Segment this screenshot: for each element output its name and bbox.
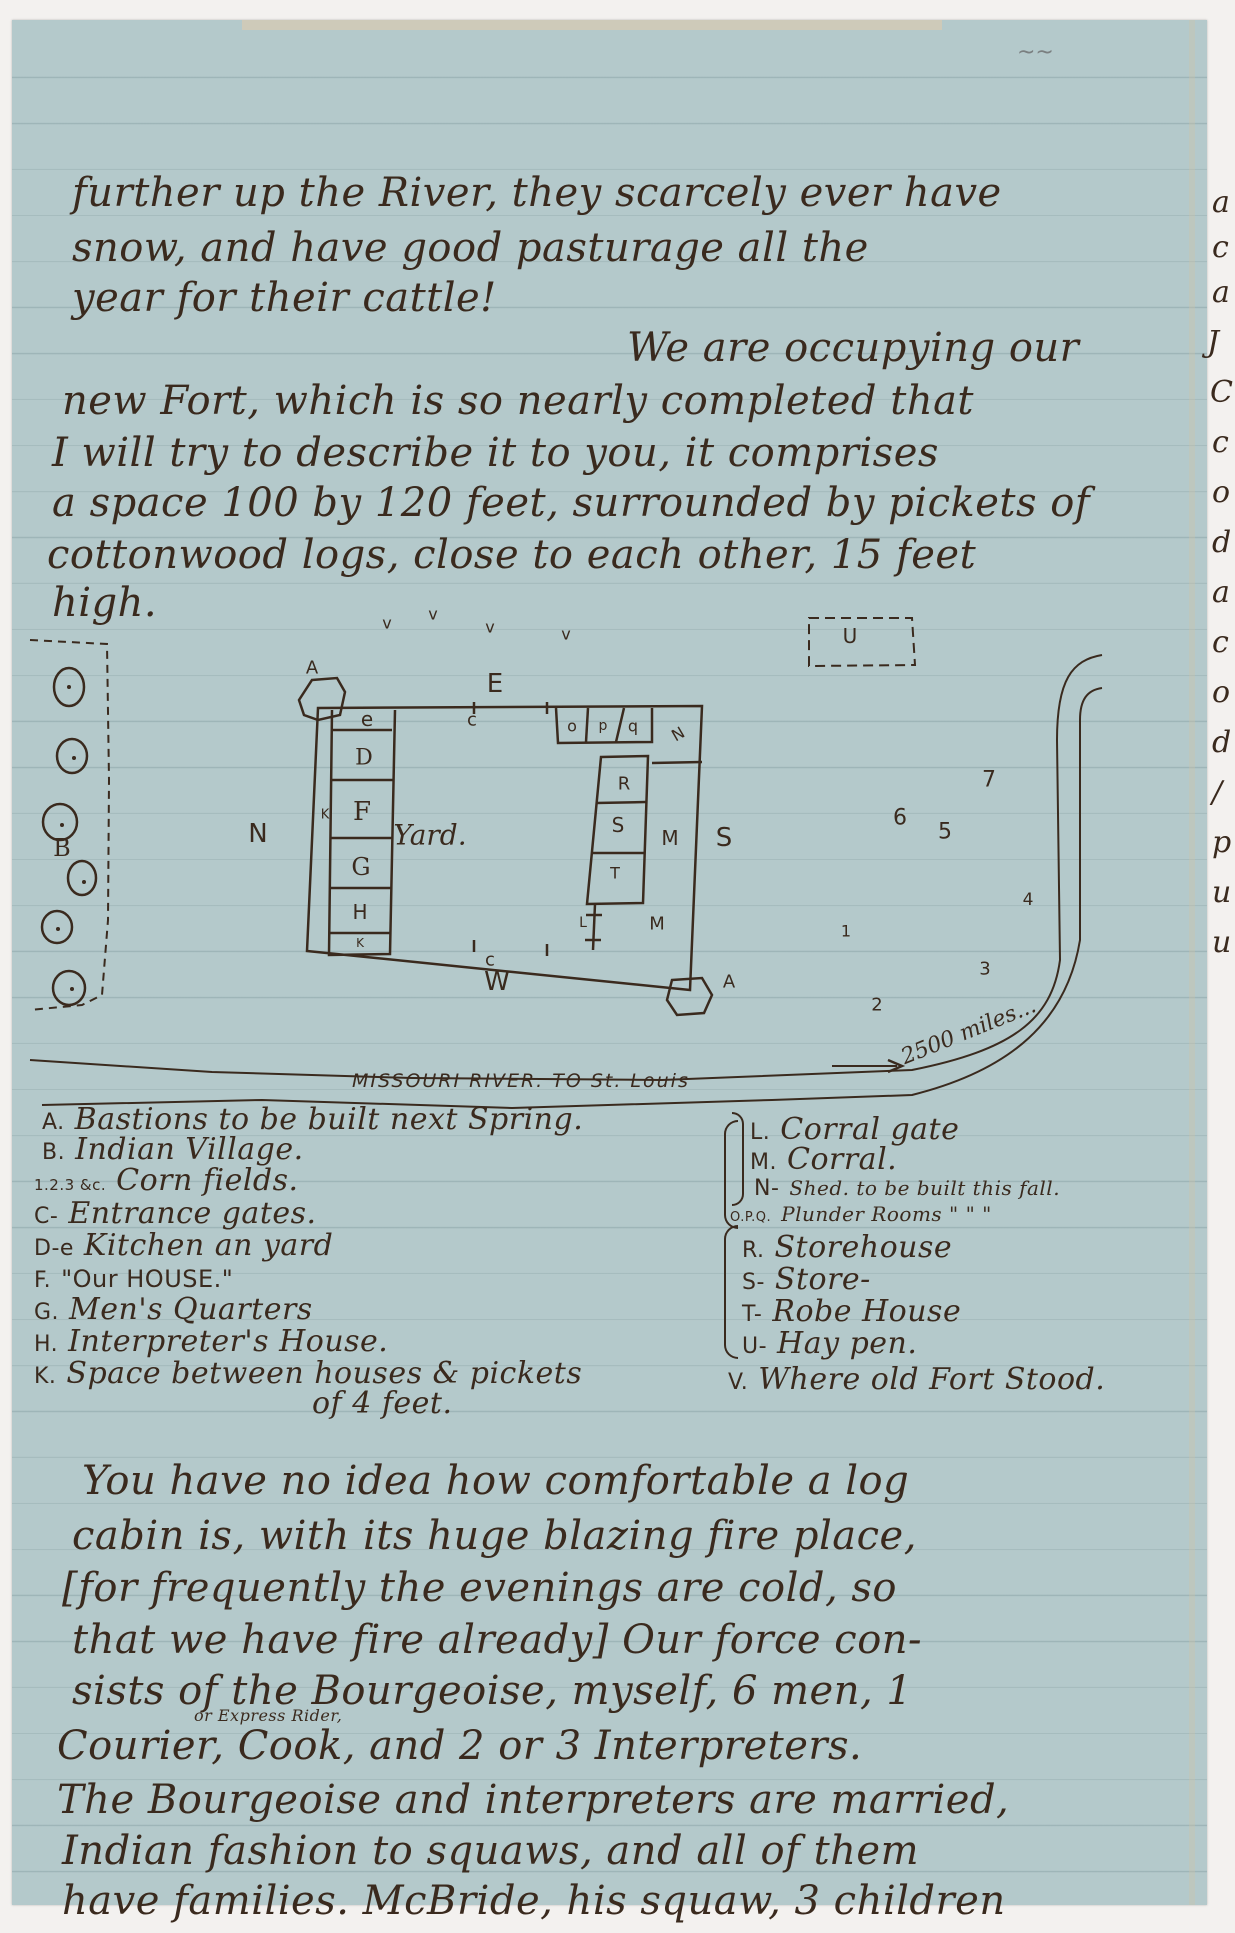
paragraph-1-line: further up the River, they scarcely ever…	[72, 170, 1002, 216]
bleed-letter: d	[1212, 725, 1231, 760]
legend-code: F.	[34, 1268, 51, 1293]
legend-item: D-eKitchen an yard	[34, 1228, 333, 1263]
room-label-e: e	[361, 707, 373, 731]
room-label-s: S	[612, 813, 625, 837]
bleed-letter: u	[1212, 875, 1231, 910]
compass-south-label: S	[716, 823, 733, 853]
paragraph-2-line: We are occupying our	[627, 325, 1079, 371]
river-label: MISSOURI RIVER. TO St. Louis	[352, 1070, 690, 1092]
corn-field-6: 6	[893, 806, 907, 831]
corn-field-4: 4	[1023, 890, 1034, 910]
paragraph-3-line: Courier, Cook, and 2 or 3 Interpreters.	[57, 1723, 862, 1769]
room-label-r: R	[618, 774, 631, 795]
corner-mark: ~~	[1017, 40, 1054, 65]
compass-north-label: N	[248, 819, 267, 849]
legend-code: D-e	[34, 1236, 74, 1261]
legend-text: Storehouse	[775, 1230, 953, 1265]
legend-text: of 4 feet.	[312, 1386, 453, 1421]
compass-west-label: W	[484, 967, 510, 997]
legend-text: "Our HOUSE."	[61, 1265, 233, 1293]
gate-label-north: c	[467, 710, 477, 731]
bleed-letter: d	[1212, 525, 1231, 560]
legend-code: K.	[34, 1364, 56, 1389]
paragraph-3-line: The Bourgeoise and interpreters are marr…	[57, 1777, 1009, 1823]
legend-item: O.P.Q.Plunder Rooms " " "	[730, 1202, 992, 1226]
corn-field-2: 2	[871, 995, 882, 1016]
corn-field-7: 7	[982, 768, 996, 793]
legend-item: H.Interpreter's House.	[34, 1324, 388, 1359]
paragraph-3-line: have families. McBride, his squaw, 3 chi…	[62, 1878, 1006, 1924]
bleed-letter: p	[1212, 825, 1231, 860]
legend-text: Kitchen an yard	[84, 1228, 333, 1263]
legend-item: U-Hay pen.	[742, 1326, 917, 1361]
legend-code: M.	[750, 1150, 777, 1175]
room-label-d: D	[355, 746, 373, 771]
legend-code: O.P.Q.	[730, 1210, 771, 1225]
bleed-letter: c	[1212, 625, 1229, 660]
room-label-g: G	[351, 853, 370, 881]
legend-item: R.Storehouse	[742, 1230, 952, 1265]
corral-label-2: M	[649, 914, 665, 935]
legend-item: K.Space between houses & pickets	[34, 1356, 582, 1391]
legend-text: Indian Village.	[75, 1132, 304, 1167]
legend-text: Entrance gates.	[68, 1196, 316, 1231]
legend-item: C-Entrance gates.	[34, 1196, 317, 1231]
legend-text: Shed. to be built this fall.	[789, 1176, 1060, 1200]
bleed-letter: a	[1212, 275, 1230, 310]
room-label-q: q	[628, 717, 638, 736]
legend-code: S-	[742, 1270, 765, 1295]
legend-code: T-	[742, 1302, 762, 1327]
corn-field-3: 3	[979, 959, 990, 980]
legend-item: B.Indian Village.	[42, 1132, 304, 1167]
room-label-f: F	[353, 797, 371, 827]
distance-label: 2500 miles...	[898, 993, 1040, 1070]
legend-code: R.	[742, 1238, 765, 1263]
paragraph-3-line: Indian fashion to squaws, and all of the…	[62, 1828, 919, 1874]
corn-field-1: 1	[841, 922, 851, 941]
room-label-h: H	[352, 900, 367, 924]
bleed-letter: a	[1212, 575, 1230, 610]
legend-item: T-Robe House	[742, 1294, 961, 1329]
legend-code: V.	[728, 1370, 748, 1395]
fold-line	[1189, 20, 1195, 1905]
corral-label-1: M	[661, 826, 678, 850]
paragraph-3-line: [for frequently the evenings are cold, s…	[62, 1565, 897, 1611]
legend-code: B.	[42, 1140, 65, 1165]
room-label-t: T	[610, 864, 620, 883]
legend-text: Plunder Rooms " " "	[781, 1202, 992, 1226]
bleed-letter: C	[1210, 375, 1233, 410]
room-label-o: o	[567, 717, 577, 736]
bleed-letter: c	[1212, 425, 1229, 460]
letter-page: ~~ further up the River, they scarcely e…	[12, 20, 1207, 1905]
legend-text: Corn fields.	[116, 1163, 298, 1198]
yard-label: Yard.	[393, 819, 466, 852]
legend-code: H.	[34, 1332, 58, 1357]
room-label-p: p	[599, 718, 608, 734]
legend-text: Robe House	[772, 1294, 961, 1329]
bastion-label-nw: A	[306, 658, 318, 679]
legend-item-continued: of 4 feet.	[312, 1386, 453, 1421]
legend-item: M.Corral.	[750, 1142, 897, 1177]
bleed-letter: o	[1212, 675, 1230, 710]
legend-item: G.Men's Quarters	[34, 1292, 313, 1327]
legend-item: V.Where old Fort Stood.	[728, 1362, 1105, 1397]
bleed-letter: o	[1212, 475, 1230, 510]
legend-item: 1.2.3 &c.Corn fields.	[34, 1163, 299, 1198]
legend-item: F."Our HOUSE."	[34, 1260, 233, 1295]
paragraph-3-line: You have no idea how comfortable a log	[82, 1458, 909, 1504]
legend-code: U-	[742, 1334, 767, 1359]
legend-code: C-	[34, 1204, 58, 1229]
tape-strip	[242, 20, 942, 30]
legend-code: 1.2.3 &c.	[34, 1176, 106, 1194]
gate-label-south: c	[485, 950, 495, 971]
paragraph-1-line: year for their cattle!	[72, 275, 497, 321]
paragraph-2-line: high.	[52, 580, 157, 626]
legend-code: N-	[754, 1176, 779, 1201]
bleed-letter: c	[1212, 230, 1229, 265]
old-fort-mark: v	[428, 605, 437, 624]
paragraph-3-line: that we have fire already] Our force con…	[72, 1617, 922, 1663]
legend-text: Corral.	[787, 1142, 897, 1177]
paragraph-1-line: snow, and have good pasturage all the	[72, 225, 869, 271]
space-label-k-south: K	[356, 936, 364, 950]
legend-text: Where old Fort Stood.	[758, 1362, 1105, 1397]
legend-code: G.	[34, 1300, 59, 1325]
paragraph-2-line: I will try to describe it to you, it com…	[52, 430, 939, 476]
old-fort-mark: v	[485, 618, 494, 637]
legend-bracket	[724, 1225, 738, 1359]
hay-pen-label: U	[843, 624, 858, 648]
legend-text: Store-	[775, 1262, 871, 1297]
paragraph-3-line: cabin is, with its huge blazing fire pla…	[72, 1513, 917, 1559]
compass-east-label: E	[487, 669, 503, 699]
old-fort-mark: v	[382, 614, 391, 633]
legend-item: N-Shed. to be built this fall.	[754, 1176, 1060, 1201]
corral-gate-label: L	[579, 915, 587, 931]
legend-item: S-Store-	[742, 1262, 871, 1297]
bleed-letter: /	[1212, 775, 1222, 810]
paragraph-2-line: a space 100 by 120 feet, surrounded by p…	[52, 480, 1090, 526]
legend-text: Interpreter's House.	[68, 1324, 388, 1359]
bleed-letter: J	[1207, 325, 1219, 360]
paragraph-2-line: cottonwood logs, close to each other, 15…	[47, 532, 976, 578]
legend-text: Men's Quarters	[69, 1292, 313, 1327]
shed-label-n: N	[668, 723, 688, 745]
paragraph-2-line: new Fort, which is so nearly completed t…	[62, 378, 974, 424]
old-fort-mark: v	[561, 625, 570, 644]
corn-field-5: 5	[938, 820, 952, 845]
bleed-letter: a	[1212, 185, 1230, 220]
space-label-k-west: K	[321, 808, 330, 823]
village-label: B	[53, 834, 71, 862]
bastion-label-se: A	[723, 972, 735, 993]
bleed-letter: u	[1212, 925, 1231, 960]
legend-text: Hay pen.	[777, 1326, 917, 1361]
